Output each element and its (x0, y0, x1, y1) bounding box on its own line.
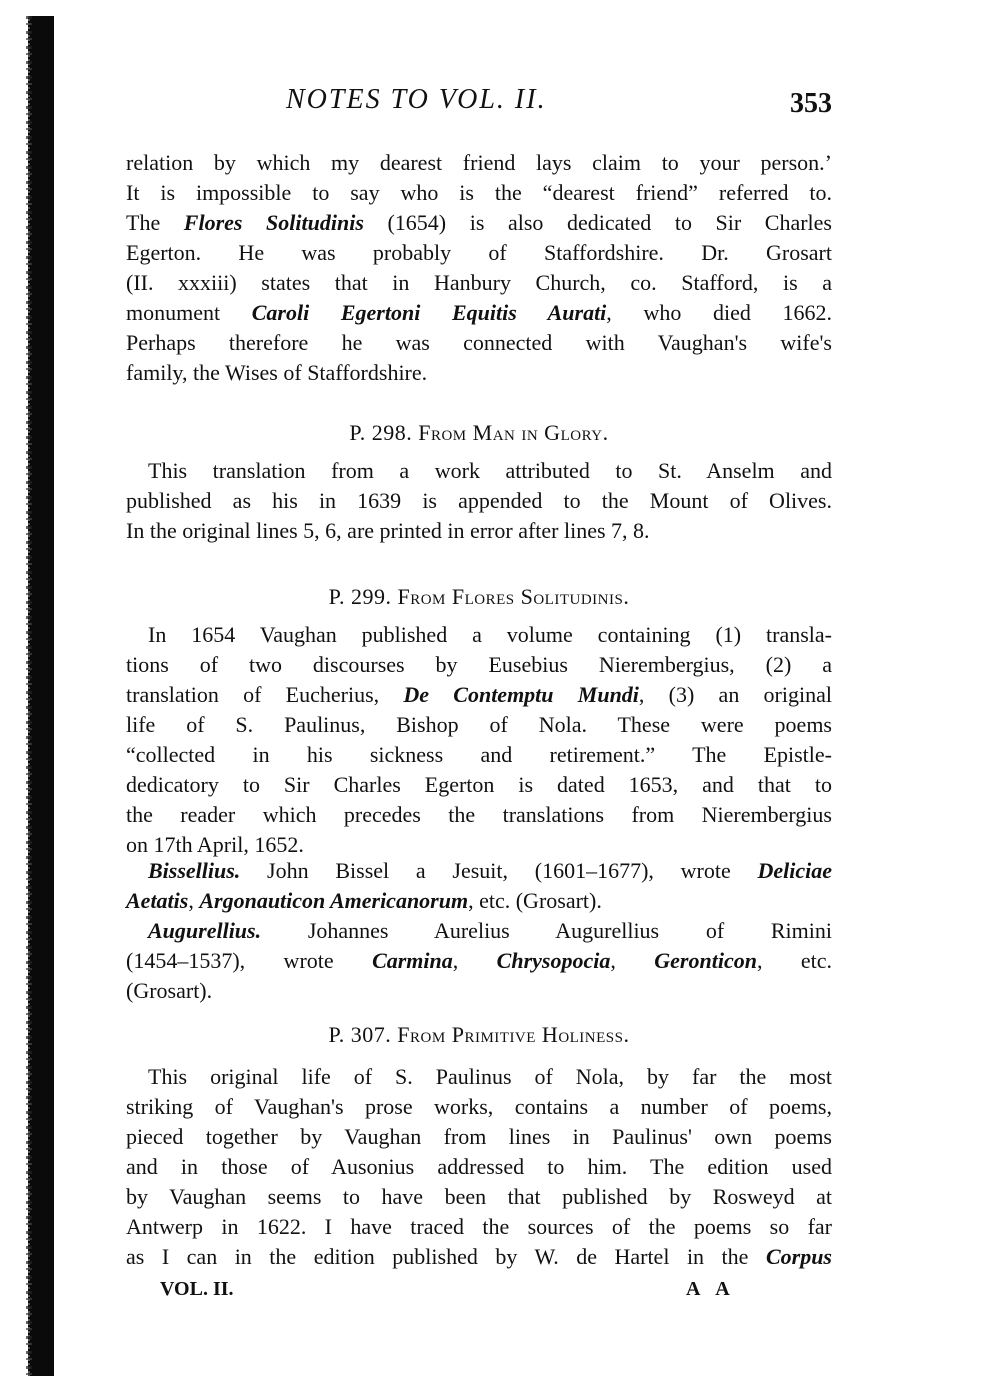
text-line: tions of two discourses by Eusebius Nier… (126, 650, 832, 680)
text-line: This translation from a work attributed … (126, 456, 832, 486)
section-p298-body: This translation from a work attributed … (126, 456, 832, 546)
text-line: the reader which precedes the translatio… (126, 800, 832, 830)
italic-title: Deliciae (757, 858, 832, 883)
italic-title: Carmina (372, 948, 453, 973)
text-line: Augurellius. Johannes Aurelius Augurelli… (126, 916, 832, 946)
text-line: Egerton. He was probably of Staffordshir… (126, 238, 832, 268)
book-binding-edge (28, 16, 54, 1376)
text-line: as I can in the edition published by W. … (126, 1242, 832, 1272)
italic-title: Corpus (766, 1244, 832, 1269)
note-bissellius: Bissellius. John Bissel a Jesuit, (1601–… (126, 856, 832, 916)
text-line: This original life of S. Paulinus of Nol… (126, 1062, 832, 1092)
italic-title: Bissellius. (148, 858, 240, 883)
text-line: Antwerp in 1622. I have traced the sourc… (126, 1212, 832, 1242)
signature-mark: A A (686, 1278, 736, 1301)
text-line: In 1654 Vaughan published a volume conta… (126, 620, 832, 650)
text-line: In the original lines 5, 6, are printed … (126, 516, 832, 546)
italic-title: De Contemptu Mundi (403, 682, 639, 707)
text-line: by Vaughan seems to have been that publi… (126, 1182, 832, 1212)
text-line: Aetatis, Argonauticon Americanorum, etc.… (126, 886, 832, 916)
page-number: 353 (790, 88, 832, 120)
signature-volume: VOL. II. (160, 1278, 234, 1301)
italic-title: Chrysopocia (497, 948, 611, 973)
text-line: relation by which my dearest friend lays… (126, 148, 832, 178)
italic-title: Flores Solitudinis (184, 210, 364, 235)
italic-title: Geronticon (654, 948, 757, 973)
note-augurellius: Augurellius. Johannes Aurelius Augurelli… (126, 916, 832, 1006)
text-line: (II. xxxiii) states that in Hanbury Chur… (126, 268, 832, 298)
text-line: It is impossible to say who is the “dear… (126, 178, 832, 208)
running-head: NOTES TO VOL. II. 353 (126, 84, 832, 124)
text-line: and in those of Ausonius addressed to hi… (126, 1152, 832, 1182)
section-heading-p299: P. 299. From Flores Solitudinis. (126, 582, 832, 612)
text-line: Perhaps therefore he was connected with … (126, 328, 832, 358)
page-footer: VOL. II. A A (126, 1278, 832, 1308)
italic-title: Augurellius. (148, 918, 261, 943)
intro-paragraph: relation by which my dearest friend lays… (126, 148, 832, 388)
italic-title: Aetatis (126, 888, 188, 913)
text-line: (Grosart). (126, 976, 832, 1006)
text-line: striking of Vaughan's prose works, conta… (126, 1092, 832, 1122)
italic-title: Caroli Egertoni Equitis Aurati (252, 300, 607, 325)
text-line: Bissellius. John Bissel a Jesuit, (1601–… (126, 856, 832, 886)
text-line: published as his in 1639 is appended to … (126, 486, 832, 516)
text-line: monument Caroli Egertoni Equitis Aurati,… (126, 298, 832, 328)
text-line: pieced together by Vaughan from lines in… (126, 1122, 832, 1152)
section-p307-body: This original life of S. Paulinus of Nol… (126, 1062, 832, 1272)
section-heading-p298: P. 298. From Man in Glory. (126, 418, 832, 448)
text-line: (1454–1537), wrote Carmina, Chrysopocia,… (126, 946, 832, 976)
text-line: The Flores Solitudinis (1654) is also de… (126, 208, 832, 238)
running-title: NOTES TO VOL. II. (286, 84, 547, 116)
text-line: translation of Eucherius, De Contemptu M… (126, 680, 832, 710)
section-p299-body: In 1654 Vaughan published a volume conta… (126, 620, 832, 860)
text-line: family, the Wises of Staffordshire. (126, 358, 832, 388)
text-line: “collected in his sickness and retiremen… (126, 740, 832, 770)
text-line: life of S. Paulinus, Bishop of Nola. The… (126, 710, 832, 740)
text-line: dedicatory to Sir Charles Egerton is dat… (126, 770, 832, 800)
italic-title: Argonauticon Americanorum (199, 888, 468, 913)
section-heading-p307: P. 307. From Primitive Holiness. (126, 1020, 832, 1050)
